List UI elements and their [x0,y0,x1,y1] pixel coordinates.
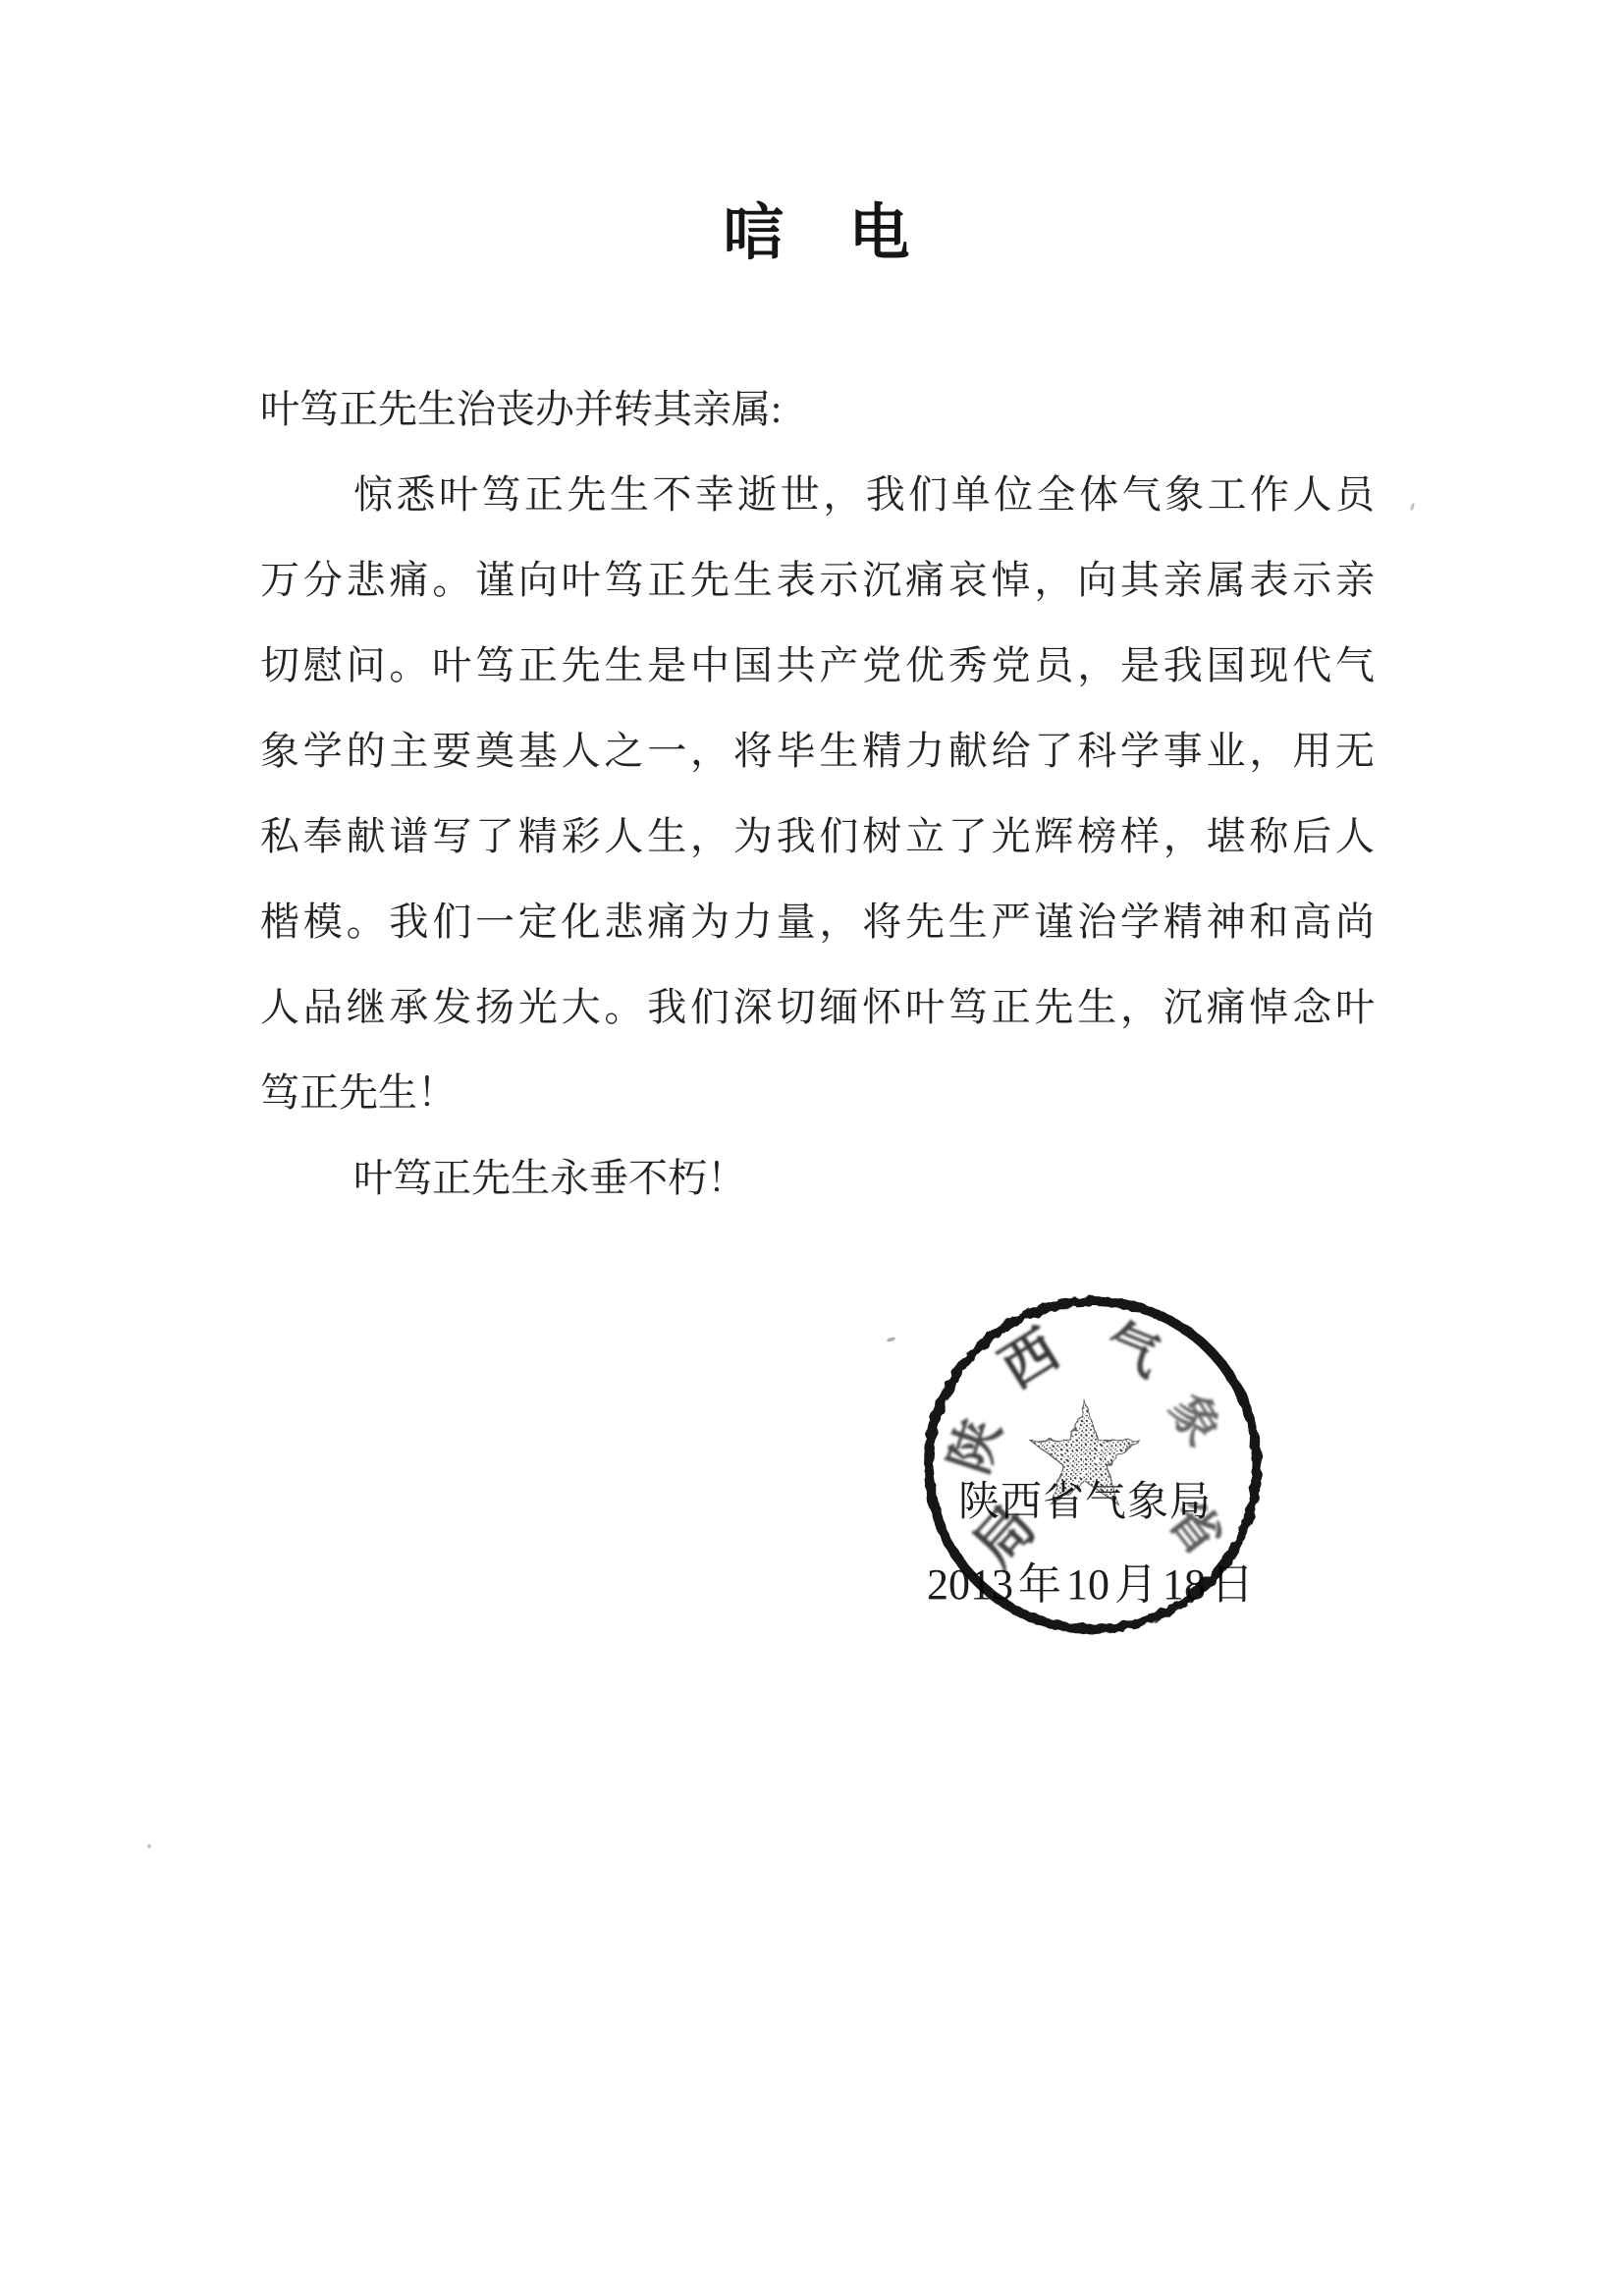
scan-speck [147,1844,151,1848]
body-line: 万分悲痛。谨向叶笃正先生表示沉痛哀悼，向其亲属表示亲 [260,537,1375,623]
scanned-letter-page: 唁 电 叶笃正先生治丧办并转其亲属: 惊悉叶笃正先生不幸逝世，我们单位全体气象工… [0,0,1623,2296]
official-seal-stamp: 陕 西 气 象 局 省 [913,1286,1276,1650]
body-line: 私奉献谱写了精彩人生，为我们树立了光辉榜样，堪称后人 [260,793,1375,879]
letter-body: 叶笃正先生治丧办并转其亲属: 惊悉叶笃正先生不幸逝世，我们单位全体气象工作人员 … [260,366,1375,1221]
salutation-line: 叶笃正先生治丧办并转其亲属: [260,366,1375,452]
body-line: 象学的主要奠基人之一，将毕生精力献给了科学事业，用无 [260,708,1375,793]
body-line: 笃正先生！ [260,1050,1375,1135]
body-line: 楷模。我们一定化悲痛为力量，将先生严谨治学精神和高尚 [260,879,1375,964]
seal-arc-fragment: 局 [962,1494,1048,1579]
body-line: 切慰问。叶笃正先生是中国共产党优秀党员，是我国现代气 [260,623,1375,708]
seal-arc-fragment: 气 [1097,1313,1168,1388]
body-line: 人品继承发扬光大。我们深切缅怀叶笃正先生，沉痛悼念叶 [260,964,1375,1050]
scan-speck [887,1337,896,1342]
body-line: 惊悉叶笃正先生不幸逝世，我们单位全体气象工作人员 [260,452,1375,537]
closing-line: 叶笃正先生永垂不朽！ [260,1135,1375,1221]
seal-arc-fragment: 陕 [940,1412,1012,1481]
scan-speck [1410,503,1416,512]
seal-arc-fragment: 象 [1159,1385,1231,1455]
seal-arc-fragment: 省 [1157,1490,1233,1565]
seal-star-icon [1031,1401,1139,1504]
page-title: 唁 电 [260,194,1375,273]
